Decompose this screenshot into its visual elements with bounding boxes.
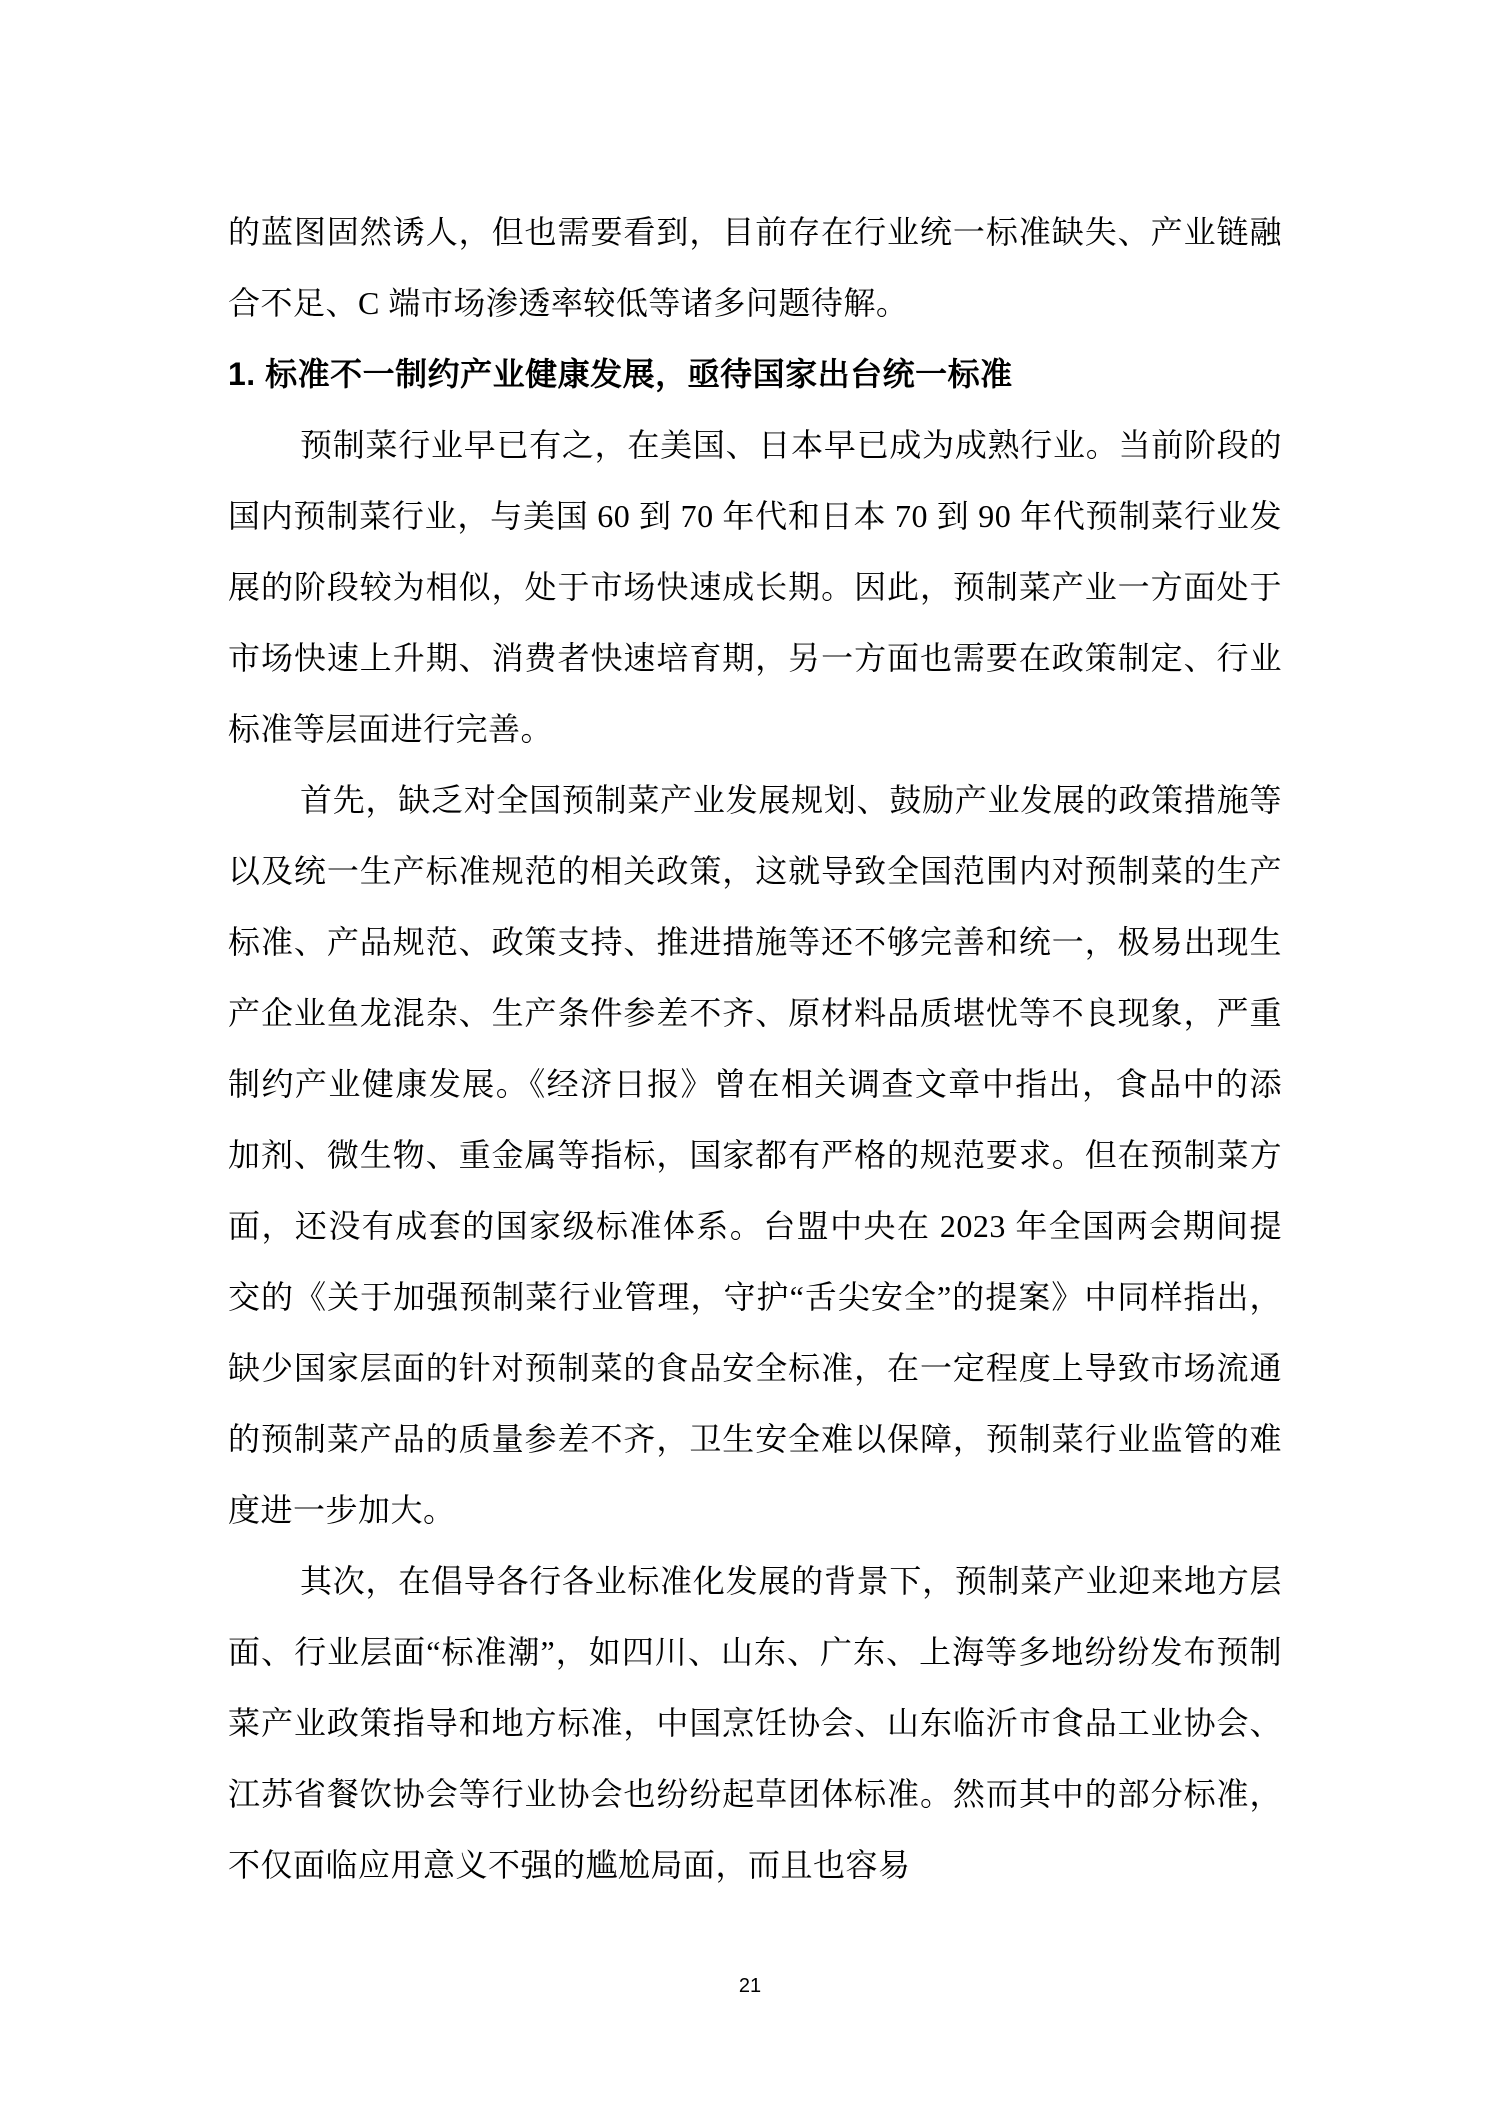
paragraph-first-point: 首先，缺乏对全国预制菜产业发展规划、鼓励产业发展的政策措施等以及统一生产标准规范… xyxy=(228,765,1282,1546)
section-heading: 1. 标准不一制约产业健康发展，亟待国家出台统一标准 xyxy=(228,339,1282,410)
page-body-text: 的蓝图固然诱人，但也需要看到，目前存在行业统一标准缺失、产业链融合不足、C 端市… xyxy=(228,197,1282,1901)
continuation-paragraph: 的蓝图固然诱人，但也需要看到，目前存在行业统一标准缺失、产业链融合不足、C 端市… xyxy=(228,197,1282,339)
paragraph-second-point: 其次，在倡导各行各业标准化发展的背景下，预制菜产业迎来地方层面、行业层面“标准潮… xyxy=(228,1546,1282,1901)
paragraph-industry-overview: 预制菜行业早已有之，在美国、日本早已成为成熟行业。当前阶段的国内预制菜行业，与美… xyxy=(228,410,1282,765)
document-page: 的蓝图固然诱人，但也需要看到，目前存在行业统一标准缺失、产业链融合不足、C 端市… xyxy=(0,0,1500,2121)
page-number: 21 xyxy=(0,1972,1500,2000)
